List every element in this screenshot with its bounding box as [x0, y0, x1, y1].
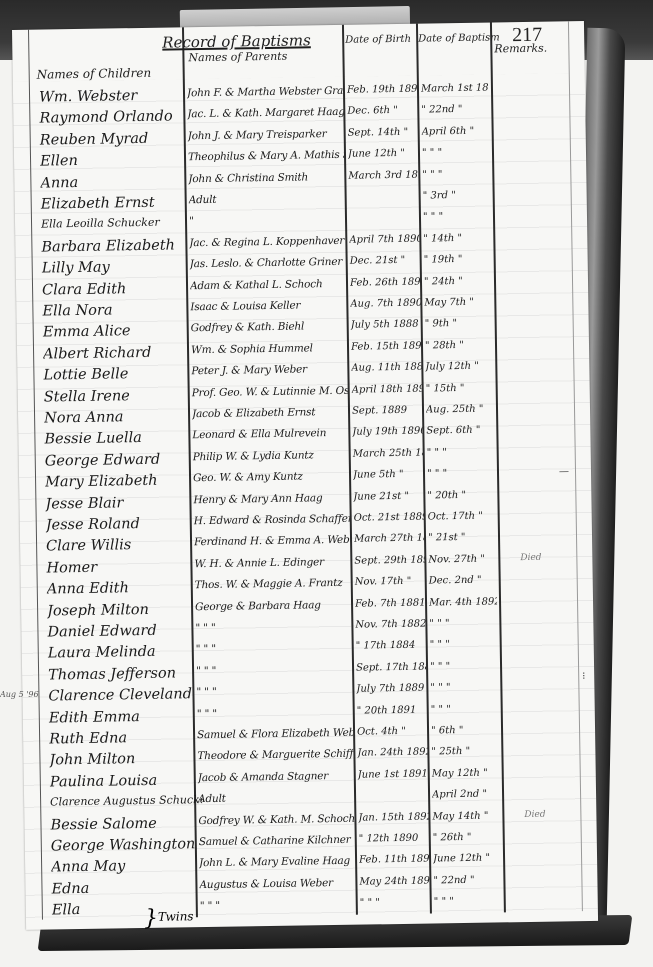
child-name: Homer: [46, 558, 198, 576]
baptism-date: " 20th ": [427, 489, 495, 501]
baptism-date: " 24th ": [424, 275, 492, 287]
child-name: Lilly May: [42, 258, 194, 276]
parents-names: ": [189, 213, 345, 227]
child-name: Ella Nora: [42, 301, 194, 319]
child-name: John Milton: [49, 751, 201, 769]
birth-date: Feb. 15th 1891: [351, 340, 421, 352]
birth-date: March 27th 1891: [354, 533, 424, 545]
twins-note: Twins: [158, 909, 194, 924]
page-number: 217: [512, 24, 542, 47]
remarks: [521, 573, 581, 574]
parents-names: George & Barbara Haag: [195, 598, 351, 612]
remarks: [518, 381, 578, 382]
child-name: Paulina Louisa: [50, 772, 202, 790]
parents-names: Jac. L. & Kath. Margaret Haag: [187, 106, 343, 120]
birth-date: [349, 212, 419, 213]
child-name: Clare Willis: [46, 537, 198, 555]
birth-date: Oct. 4th ": [357, 726, 427, 738]
remarks: [525, 873, 585, 874]
remarks: [513, 103, 573, 104]
remarks: [517, 359, 577, 360]
baptism-date: " 15th ": [426, 382, 494, 394]
birth-date: July 5th 1888: [351, 319, 421, 331]
baptism-date: " 22nd ": [433, 874, 501, 886]
birth-date: Sept. 14th ": [348, 126, 418, 138]
birth-date: March 25th 1891: [353, 447, 423, 459]
birth-date: Nov. 7th 1882: [355, 619, 425, 631]
parents-names: John & Christina Smith: [188, 170, 344, 184]
child-name: Edith Emma: [49, 708, 201, 726]
parents-names: Ferdinand H. & Emma A. Weber: [194, 534, 350, 548]
ledger-page: Record of Baptisms Names of Children Nam…: [12, 21, 598, 930]
birth-date: Feb. 26th 1891: [350, 276, 420, 288]
child-name: George Washington: [51, 836, 203, 854]
parents-names: Wm. & Sophia Hummel: [191, 342, 347, 356]
remarks: [517, 338, 577, 339]
baptism-date: Mar. 4th 1892: [429, 596, 497, 608]
baptism-date: " 28th ": [425, 339, 493, 351]
child-name: George Edward: [45, 451, 197, 469]
child-name: Daniel Edward: [47, 622, 199, 640]
baptism-date: " 6th ": [431, 724, 499, 736]
parents-names: Theodore & Marguerite Schiffer: [197, 748, 353, 762]
birth-date: April 18th 1891: [352, 383, 422, 395]
parents-names: " " ": [196, 684, 352, 698]
header-children: Names of Children: [37, 66, 152, 82]
birth-date: April 7th 1890: [349, 233, 419, 245]
page-title: Record of Baptisms: [162, 31, 311, 51]
remarks: [518, 402, 578, 403]
child-name: Elizabeth Ernst: [41, 194, 193, 212]
baptism-date: " " ": [427, 468, 495, 480]
remarks: [518, 424, 578, 425]
parents-names: Geo. W. & Amy Kuntz: [193, 470, 349, 484]
baptism-date: May 7th ": [424, 296, 492, 308]
remarks: [521, 616, 581, 617]
parents-names: John L. & Mary Evaline Haag: [199, 855, 355, 869]
birth-date: [349, 191, 419, 192]
baptism-date: March 1st 1891: [421, 83, 489, 95]
child-name: Ellen: [40, 151, 192, 169]
remarks: [522, 680, 582, 681]
parents-names: Samuel & Catharine Kilchner: [199, 834, 355, 848]
parents-names: Henry & Mary Ann Haag: [193, 491, 349, 505]
baptism-date: " " ": [429, 617, 497, 629]
baptism-date: Sept. 6th ": [426, 425, 494, 437]
baptism-date: July 12th ": [425, 361, 493, 373]
birth-date: " 12th 1890: [359, 833, 429, 845]
child-name: Raymond Orlando: [39, 109, 191, 127]
baptism-date: " 21st ": [428, 532, 496, 544]
birth-date: Nov. 17th ": [355, 576, 425, 588]
remarks: Died: [524, 809, 584, 820]
baptism-date: " " ": [434, 896, 502, 908]
baptism-date: " " ": [430, 682, 498, 694]
parents-names: Prof. Geo. W. & Lutinnie M. Oster: [192, 384, 348, 398]
parents-names: Jas. Leslo. & Charlotte Griner: [190, 256, 346, 270]
remarks: [520, 531, 580, 532]
child-name: Anna Edith: [47, 579, 199, 597]
header-parents: Names of Parents: [188, 50, 287, 65]
remarks: [524, 787, 584, 788]
remarks: [516, 252, 576, 253]
birth-date: June 12th ": [348, 148, 418, 160]
remarks: [515, 210, 575, 211]
parents-names: John F. & Martha Webster Grape: [187, 85, 343, 99]
child-name: Mary Elizabeth: [45, 472, 197, 490]
remarks: [521, 595, 581, 596]
child-name: Ella Leoilla Schucker: [41, 216, 193, 231]
child-name: Clara Edith: [42, 280, 194, 298]
baptism-date: " " ": [430, 660, 498, 672]
child-name: Emma Alice: [43, 323, 195, 341]
parents-names: " " ": [196, 641, 352, 655]
birth-date: Aug. 11th 1889: [351, 362, 421, 374]
child-name: Stella Irene: [44, 387, 196, 405]
tick-mark: ⁝: [582, 671, 585, 682]
baptism-date: Dec. 2nd ": [429, 575, 497, 587]
baptism-date: May 14th ": [432, 810, 500, 822]
remarks: [516, 274, 576, 275]
parents-names: Samuel & Flora Elizabeth Weber: [197, 727, 353, 741]
parents-names: " " ": [200, 898, 356, 912]
dash-mark: —: [559, 466, 569, 477]
child-name: Ruth Edna: [49, 729, 201, 747]
baptism-date: " 9th ": [425, 318, 493, 330]
parents-names: " " ": [195, 620, 351, 634]
baptism-date: Nov. 27th ": [428, 553, 496, 565]
child-name: Barbara Elizabeth: [41, 237, 193, 255]
remarks: [525, 851, 585, 852]
baptism-date: " 3rd ": [423, 190, 491, 202]
birth-date: June 21st ": [353, 490, 423, 502]
remarks: [515, 188, 575, 189]
baptism-date: " " ": [430, 639, 498, 651]
parents-names: Jacob & Elizabeth Ernst: [192, 406, 348, 420]
birth-date: Dec. 21st ": [350, 255, 420, 267]
baptism-date: " " ": [423, 211, 491, 223]
parents-names: Adult: [198, 791, 354, 805]
remarks: [514, 145, 574, 146]
parents-names: Adam & Kathal L. Schoch: [190, 277, 346, 291]
child-name: Reuben Myrad: [40, 130, 192, 148]
birth-date: Jan. 15th 1892: [358, 811, 428, 823]
remarks: [513, 81, 573, 82]
parents-names: Thos. W. & Maggie A. Frantz: [195, 577, 351, 591]
baptism-date: " " ": [427, 446, 495, 458]
baptism-date: " 19th ": [424, 254, 492, 266]
remarks: [519, 445, 579, 446]
baptism-date: May 12th ": [432, 767, 500, 779]
remarks: [524, 766, 584, 767]
birth-date: " 17th 1884: [356, 640, 426, 652]
twins-brace: }: [144, 906, 158, 931]
parents-names: Isaac & Louisa Keller: [190, 299, 346, 313]
margin-note: Aug 5 '96: [0, 690, 39, 699]
parents-names: " " ": [196, 663, 352, 677]
baptism-date: Oct. 17th ": [428, 510, 496, 522]
child-name: Jesse Roland: [46, 515, 198, 533]
baptism-date: " " ": [431, 703, 499, 715]
parents-names: Leonard & Ella Mulrevein: [192, 427, 348, 441]
birth-date: Sept. 17th 1886: [356, 661, 426, 673]
remarks: [517, 317, 577, 318]
parents-names: " " ": [197, 705, 353, 719]
parents-names: Peter J. & Mary Weber: [191, 363, 347, 377]
header-baptism: Date of Baptism: [418, 32, 500, 44]
remarks: [520, 509, 580, 510]
birth-date: Jan. 24th 1892: [357, 747, 427, 759]
child-name: Bessie Luella: [44, 430, 196, 448]
birth-date: May 24th 1892: [359, 875, 429, 887]
parents-names: Theophilus & Mary A. Mathis Sowder: [188, 149, 344, 163]
remarks: [522, 638, 582, 639]
child-name: Albert Richard: [43, 344, 195, 362]
baptism-date: " 14th ": [423, 232, 491, 244]
baptism-date: June 12th ": [433, 853, 501, 865]
remarks: [514, 124, 574, 125]
remarks: [523, 702, 583, 703]
birth-date: June 1st 1891: [358, 768, 428, 780]
birth-date: July 7th 1889: [356, 683, 426, 695]
parents-names: Jac. & Regina L. Koppenhaver: [189, 235, 345, 249]
child-name: Clarence Augustus Schucker: [50, 793, 202, 808]
birth-date: Sept. 1889: [352, 405, 422, 417]
birth-date: Feb. 7th 1881: [355, 597, 425, 609]
parents-names: W. H. & Annie L. Edinger: [194, 556, 350, 570]
child-name: Laura Melinda: [48, 644, 200, 662]
child-name: Edna: [51, 879, 203, 897]
child-name: Jesse Blair: [45, 494, 197, 512]
parents-names: Godfrey W. & Kath. M. Schoch: [198, 812, 354, 826]
birth-date: March 3rd 1891: [348, 169, 418, 181]
child-name: Anna: [40, 173, 192, 191]
parents-names: John J. & Mary Treisparker: [188, 128, 344, 142]
birth-date: June 5th ": [353, 469, 423, 481]
birth-date: Feb. 19th 1890: [347, 84, 417, 96]
parents-names: Jacob & Amanda Stagner: [198, 770, 354, 784]
baptism-date: " " ": [422, 147, 490, 159]
parents-names: Adult: [189, 192, 345, 206]
birth-date: Oct. 21st 1889: [354, 512, 424, 524]
remarks: [519, 466, 579, 467]
remarks: [515, 231, 575, 232]
remarks: [514, 167, 574, 168]
child-name: Wm. Webster: [39, 87, 191, 105]
remarks: [523, 745, 583, 746]
baptism-date: " 22nd ": [421, 104, 489, 116]
parents-names: Philip W. & Lydia Kuntz: [193, 449, 349, 463]
child-name: Joseph Milton: [47, 601, 199, 619]
baptism-date: " " ": [422, 168, 490, 180]
birth-date: Feb. 11th 1892: [359, 854, 429, 866]
birth-date: [358, 790, 428, 791]
birth-date: Dec. 6th ": [347, 105, 417, 117]
birth-date: Aug. 7th 1890: [350, 298, 420, 310]
child-name: Nora Anna: [44, 408, 196, 426]
parents-names: H. Edward & Rosinda Schaffer: [194, 513, 350, 527]
header-birth: Date of Birth: [345, 34, 411, 46]
birth-date: " " ": [360, 897, 430, 909]
ledger-header: Record of Baptisms Names of Children Nam…: [12, 21, 585, 86]
remarks: [525, 830, 585, 831]
birth-date: " 20th 1891: [357, 704, 427, 716]
birth-date: July 19th 1890: [352, 426, 422, 438]
remarks: Died: [520, 552, 580, 563]
baptism-date: " 25th ": [431, 746, 499, 758]
child-name: Bessie Salome: [50, 815, 202, 833]
remarks: [516, 295, 576, 296]
child-name: Thomas Jefferson: [48, 665, 200, 683]
child-name: Clarence Cleveland: [48, 686, 200, 704]
baptism-date: April 6th ": [422, 125, 490, 137]
parents-names: Godfrey & Kath. Biehl: [191, 320, 347, 334]
remarks: [526, 894, 586, 895]
baptism-date: April 2nd ": [432, 789, 500, 801]
remarks: [522, 659, 582, 660]
birth-date: Sept. 29th 1891: [354, 554, 424, 566]
remarks: [519, 488, 579, 489]
baptism-date: " 26th ": [433, 831, 501, 843]
child-name: Anna May: [51, 857, 203, 875]
remarks: [523, 723, 583, 724]
baptism-date: Aug. 25th ": [426, 403, 494, 415]
child-name: Lottie Belle: [43, 365, 195, 383]
parents-names: Augustus & Louisa Weber: [199, 877, 355, 891]
